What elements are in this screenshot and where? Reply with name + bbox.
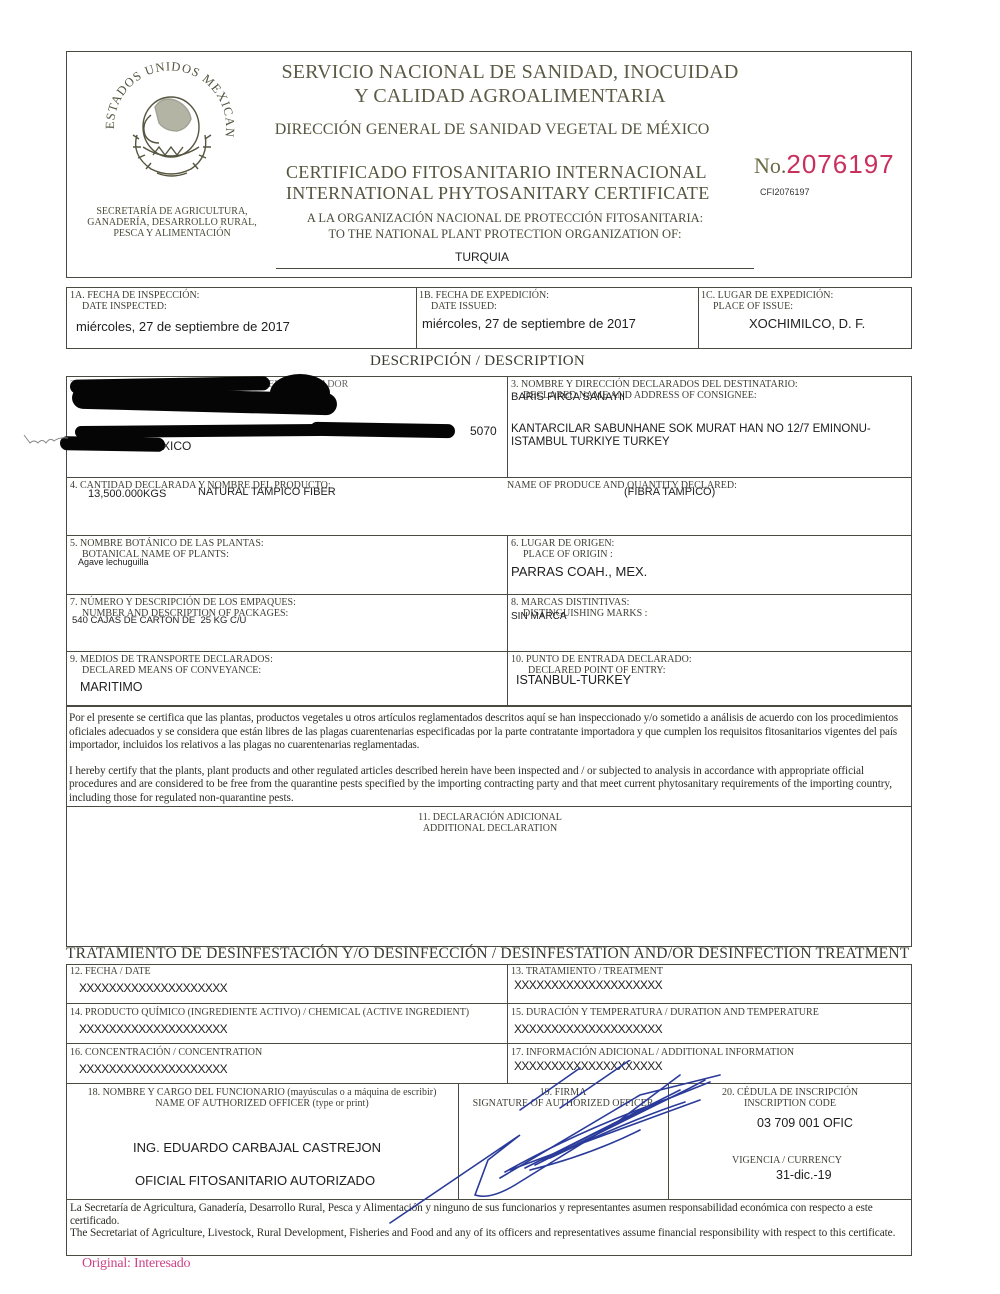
- divider: [416, 287, 417, 349]
- field-value: XXXXXXXXXXXXXXXXXXXX: [79, 981, 227, 995]
- field-label: INSCRIPTION CODE: [668, 1098, 912, 1109]
- field-product: 4. CANTIDAD DECLARADA Y NOMBRE DEL PRODU…: [70, 480, 908, 532]
- field-label: 9. MEDIOS DE TRANSPORTE DECLARADOS:: [70, 654, 273, 665]
- additional-declaration-label: 11. DECLARACIÓN ADICIONAL ADDITIONAL DEC…: [370, 812, 610, 834]
- field-place-of-issue: 1c. LUGAR DE EXPEDICIÓN: PLACE OF ISSUE:…: [701, 290, 865, 331]
- certification-text-es: Por el presente se certifica que las pla…: [69, 712, 911, 753]
- field-treatment: 13. TRATAMIENTO / TREATMENT XXXXXXXXXXXX…: [511, 966, 663, 992]
- secretaria-line-3: PESCA Y ALIMENTACIÓN: [72, 228, 272, 239]
- nppo-address: A LA ORGANIZACIÓN NACIONAL DE PROTECCIÓN…: [280, 210, 730, 242]
- exporter-fragment: XICO: [162, 439, 191, 453]
- divider: [66, 594, 912, 595]
- officer-label: 18. NOMBRE Y CARGO DEL FUNCIONARIO (mayú…: [66, 1087, 458, 1109]
- field-value: XOCHIMILCO, D. F.: [749, 316, 865, 331]
- field-label: DATE INSPECTED:: [70, 301, 290, 312]
- copy-mark: Original: Interesado: [82, 1256, 190, 1272]
- field-label: 7. NÚMERO Y DESCRIPCIÓN DE LOS EMPAQUES:: [70, 597, 296, 608]
- field-label: 15. DURACIÓN Y TEMPERATURA / DURATION AN…: [511, 1007, 819, 1018]
- divider: [507, 535, 508, 706]
- description-title: DESCRIPCIÓN / DESCRIPTION: [370, 353, 585, 370]
- field-label: 16. CONCENTRACIÓN / CONCENTRATION: [70, 1047, 262, 1058]
- product-name: NATURAL TAMPICO FIBER: [198, 487, 336, 497]
- currency-label: VIGENCIA / CURRENCY: [732, 1155, 842, 1166]
- product-quantity: 13,500.000KGS: [88, 489, 166, 499]
- redaction-mark: [310, 422, 455, 439]
- officer-title: OFICIAL FITOSANITARIO AUTORIZADO: [135, 1173, 375, 1188]
- field-label: 20. CÉDULA DE INSCRIPCIÓN: [668, 1087, 912, 1098]
- divider: [66, 477, 912, 478]
- field-consignee: 3. NOMBRE Y DIRECCIÓN DECLARADOS DEL DES…: [511, 379, 909, 390]
- direction-name: DIRECCIÓN GENERAL DE SANIDAD VEGETAL DE …: [232, 121, 752, 139]
- pen-scribble-icon: [10, 430, 70, 455]
- divider: [66, 1043, 912, 1044]
- agency-title-line-2: Y CALIDAD AGROALIMENTARIA: [220, 84, 800, 108]
- disclaimer-text-es: La Secretaría de Agricultura, Ganadería,…: [70, 1202, 908, 1227]
- treatment-title: TRATAMIENTO DE DESINFESTACIÓN Y/O DESINF…: [66, 945, 909, 963]
- field-chemical: 14. PRODUCTO QUÍMICO (INGREDIENTE ACTIVO…: [70, 1007, 469, 1036]
- field-treatment-date: 12. FECHA / DATE XXXXXXXXXXXXXXXXXXXX: [70, 966, 227, 995]
- number-value: 2076197: [786, 149, 894, 179]
- field-label: 5. NOMBRE BOTÁNICO DE LAS PLANTAS:: [70, 538, 264, 549]
- certificate-title-es: CERTIFICADO FITOSANITARIO INTERNACIONAL: [286, 162, 710, 183]
- field-value: MARITIMO: [80, 680, 273, 694]
- field-label: DECLARED MEANS OF CONVEYANCE:: [70, 665, 273, 676]
- nppo-es: A LA ORGANIZACIÓN NACIONAL DE PROTECCIÓN…: [280, 210, 730, 226]
- field-point-of-entry: 10. PUNTO DE ENTRADA DECLARADO: DECLARED…: [511, 654, 692, 687]
- field-label: PLACE OF ORIGIN :: [511, 549, 647, 560]
- secretaria-line-2: GANADERÍA, DESARROLLO RURAL,: [72, 217, 272, 228]
- certificate-number: No.2076197: [754, 149, 895, 180]
- disclaimer-text: La Secretaría de Agricultura, Ganadería,…: [70, 1202, 908, 1240]
- field-value: XXXXXXXXXXXXXXXXXXXX: [514, 1022, 819, 1036]
- field-concentration: 16. CONCENTRACIÓN / CONCENTRATION XXXXXX…: [70, 1047, 262, 1076]
- field-conveyance: 9. MEDIOS DE TRANSPORTE DECLARADOS: DECL…: [70, 654, 273, 694]
- certification-text-en: I hereby certify that the plants, plant …: [69, 765, 911, 806]
- field-label: ADDITIONAL DECLARATION: [370, 823, 610, 834]
- secretaria-name: SECRETARÍA DE AGRICULTURA, GANADERÍA, DE…: [72, 206, 272, 239]
- field-label: 18. NOMBRE Y CARGO DEL FUNCIONARIO (mayú…: [66, 1087, 458, 1098]
- field-distinguishing-marks: 8. MARCAS DISTINTIVAS: DISTINGUISHING MA…: [511, 597, 647, 622]
- disclaimer-text-en: The Secretariat of Agriculture, Livestoc…: [70, 1227, 908, 1240]
- certification-text: Por el presente se certifica que las pla…: [69, 712, 911, 805]
- field-label: 3. NOMBRE Y DIRECCIÓN DECLARADOS DEL DES…: [511, 379, 909, 390]
- redaction-mark: [75, 424, 325, 438]
- divider: [66, 651, 912, 652]
- field-label: 6. LUGAR DE ORIGEN:: [511, 538, 647, 549]
- field-label: 17. INFORMACIÓN ADICIONAL / ADDITIONAL I…: [511, 1047, 794, 1058]
- divider: [507, 964, 508, 1084]
- agency-title-line-1: SERVICIO NACIONAL DE SANIDAD, INOCUIDAD: [220, 60, 800, 84]
- inscription-label: 20. CÉDULA DE INSCRIPCIÓN INSCRIPTION CO…: [668, 1087, 912, 1109]
- field-value: XXXXXXXXXXXXXXXXXXXX: [514, 978, 663, 992]
- field-label: 8. MARCAS DISTINTIVAS:: [511, 597, 647, 608]
- divider: [66, 1003, 912, 1004]
- agency-title: SERVICIO NACIONAL DE SANIDAD, INOCUIDAD …: [220, 60, 800, 108]
- consignee-address-line-1: KANTARCILAR SABUNHANE SOK MURAT HAN NO 1…: [511, 423, 871, 436]
- consignee-name: BARIS FIRCA SANAYII: [511, 392, 625, 402]
- field-label: 1c. LUGAR DE EXPEDICIÓN:: [701, 290, 865, 301]
- inscription-code: 03 709 001 OFIC: [757, 1116, 853, 1130]
- field-value: XXXXXXXXXXXXXXXXXXXX: [514, 1059, 794, 1073]
- divider: [66, 535, 912, 536]
- product-name-es: (FIBRA TAMPICO): [624, 487, 715, 497]
- field-value: PARRAS COAH., MEX.: [511, 564, 647, 579]
- field-label: 12. FECHA / DATE: [70, 966, 227, 977]
- certificate-title-en: INTERNATIONAL PHYTOSANITARY CERTIFICATE: [286, 183, 710, 204]
- consignee-address-line-2: ISTAMBUL TURKIYE TURKEY: [511, 436, 871, 449]
- consignee-address: KANTARCILAR SABUNHANE SOK MURAT HAN NO 1…: [511, 423, 871, 449]
- exporter-fragment: 5070: [470, 424, 497, 438]
- field-value: miércoles, 27 de septiembre de 2017: [422, 316, 636, 331]
- secretaria-line-1: SECRETARÍA DE AGRICULTURA,: [72, 206, 272, 217]
- field-value: XXXXXXXXXXXXXXXXXXXX: [79, 1062, 262, 1076]
- field-label: 10. PUNTO DE ENTRADA DECLARADO:: [511, 654, 692, 665]
- nppo-en: TO THE NATIONAL PLANT PROTECTION ORGANIZ…: [280, 226, 730, 242]
- field-value: XXXXXXXXXXXXXXXXXXXX: [79, 1022, 469, 1036]
- field-label: 14. PRODUCTO QUÍMICO (INGREDIENTE ACTIVO…: [70, 1007, 469, 1018]
- signature-label: 19. FIRMA SIGNATURE OF AUTHORIZED OFFICE…: [458, 1087, 668, 1109]
- destination-country: TURQUIA: [455, 250, 509, 264]
- field-value: miércoles, 27 de septiembre de 2017: [76, 319, 290, 334]
- redaction-mark: [270, 374, 330, 412]
- field-label: 1b. FECHA DE EXPEDICIÓN:: [419, 290, 636, 301]
- field-label: 11. DECLARACIÓN ADICIONAL: [370, 812, 610, 823]
- officer-name: ING. EDUARDO CARBAJAL CASTREJON: [133, 1140, 381, 1155]
- field-label: SIGNATURE OF AUTHORIZED OFFICER: [458, 1098, 668, 1109]
- field-place-of-origin: 6. LUGAR DE ORIGEN: PLACE OF ORIGIN : PA…: [511, 538, 647, 579]
- divider: [507, 376, 508, 477]
- field-label: 13. TRATAMIENTO / TREATMENT: [511, 966, 663, 977]
- field-label: PLACE OF ISSUE:: [701, 301, 865, 312]
- field-label: DATE ISSUED:: [419, 301, 636, 312]
- field-date-issued: 1b. FECHA DE EXPEDICIÓN: DATE ISSUED: mi…: [419, 290, 636, 331]
- field-botanical-name: 5. NOMBRE BOTÁNICO DE LAS PLANTAS: BOTAN…: [70, 538, 264, 567]
- field-label: 1a. FECHA DE INSPECCIÓN:: [70, 290, 290, 301]
- field-duration-temperature: 15. DURACIÓN Y TEMPERATURA / DURATION AN…: [511, 1007, 819, 1036]
- redaction-mark: [60, 436, 165, 452]
- country-underline: [276, 268, 754, 269]
- certificate-title: CERTIFICADO FITOSANITARIO INTERNACIONAL …: [286, 162, 710, 204]
- cfi-code: CFI2076197: [760, 187, 810, 197]
- field-label: NAME OF AUTHORIZED OFFICER (type or prin…: [66, 1098, 458, 1109]
- number-label: No.: [754, 153, 786, 178]
- divider: [698, 287, 699, 349]
- field-packages: 7. NÚMERO Y DESCRIPCIÓN DE LOS EMPAQUES:…: [70, 597, 296, 626]
- field-label: 4. CANTIDAD DECLARADA Y NOMBRE DEL PRODU…: [70, 480, 908, 491]
- field-label: 19. FIRMA: [458, 1087, 668, 1098]
- field-additional-information: 17. INFORMACIÓN ADICIONAL / ADDITIONAL I…: [511, 1047, 794, 1073]
- field-date-inspected: 1a. FECHA DE INSPECCIÓN: DATE INSPECTED:…: [70, 290, 290, 334]
- currency-value: 31-dic.-19: [776, 1168, 832, 1182]
